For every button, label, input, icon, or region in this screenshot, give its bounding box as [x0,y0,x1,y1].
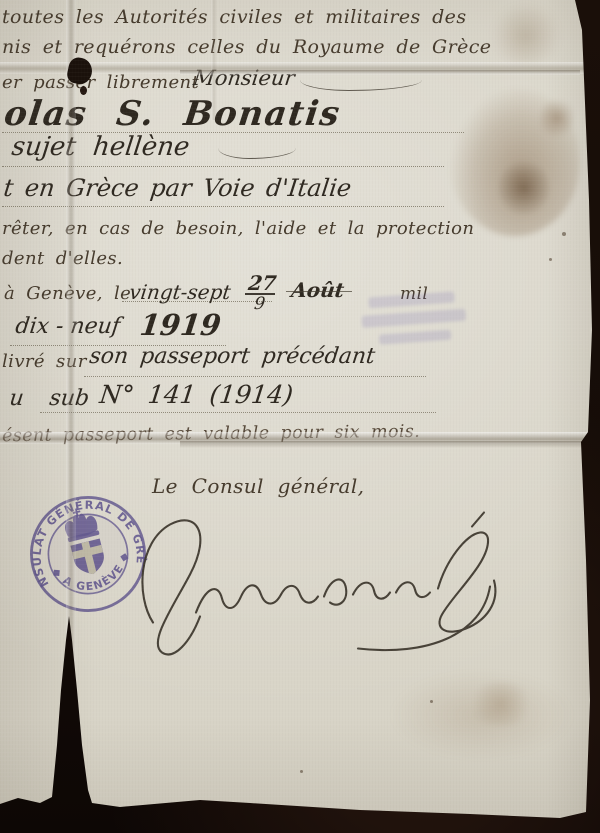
stain-large-top-right [450,88,580,236]
handwritten-monsieur: Monsieur [192,66,296,90]
passport-document-page: toutes les Autorités civiles et militair… [0,0,600,833]
consul-title: Le Consul général, [152,474,364,498]
stain-small [540,96,574,140]
date-month: Août [290,278,346,302]
form-rule [2,206,444,207]
form-rule [40,412,436,413]
strike-line [286,291,352,292]
ink-speck [549,258,552,261]
date-day: 27 [247,271,278,295]
printed-place-date: à Genève, le [4,283,131,304]
date-month-num: 9 [253,294,266,314]
ink-speck [562,232,566,236]
form-rule [122,301,272,302]
torn-hole-small [80,86,87,95]
holder-name-line: olas S. Bonatis [2,94,343,134]
number-frag: u [8,386,25,411]
printed-mil: mil [400,284,428,304]
form-rule [2,166,444,167]
photo-background: toutes les Autorités civiles et militair… [0,0,600,833]
printed-line-kingdom: nis et requérons celles du Royaume de Gr… [2,36,491,58]
ink-speck [300,770,303,773]
form-rule [84,376,426,377]
route-line: t en Grèce par Voie d'Italie [2,174,353,202]
nationality-line: sujet hellène [10,132,191,162]
printed-line-pass-freely: er passer librement [2,72,199,93]
pen-flourish [218,148,296,159]
printed-line-depend: dent d'elles. [2,248,123,269]
pen-flourish [300,80,422,91]
number-sub: sub [48,386,91,411]
stain-bottom-right [392,672,572,758]
year-word: dix - neuf [14,314,122,339]
stain-bottom-core [468,682,534,726]
printed-line-authorities: toutes les Autorités civiles et militair… [2,6,466,28]
printed-issued-prefix: livré sur [2,351,87,372]
year-number: 1919 [138,308,223,342]
ink-speck [430,700,433,703]
printed-line-protection: rêter, en cas de besoin, l'aide et la pr… [2,218,474,239]
consul-signature [128,502,548,667]
passport-number: N° 141 (1914) [98,380,295,409]
stain-core [498,158,550,218]
stain-top-corner [488,6,564,66]
printed-validity-line: ésent passeport est valable pour six moi… [2,422,420,446]
previous-passport-line: son passeport précédant [88,344,376,369]
